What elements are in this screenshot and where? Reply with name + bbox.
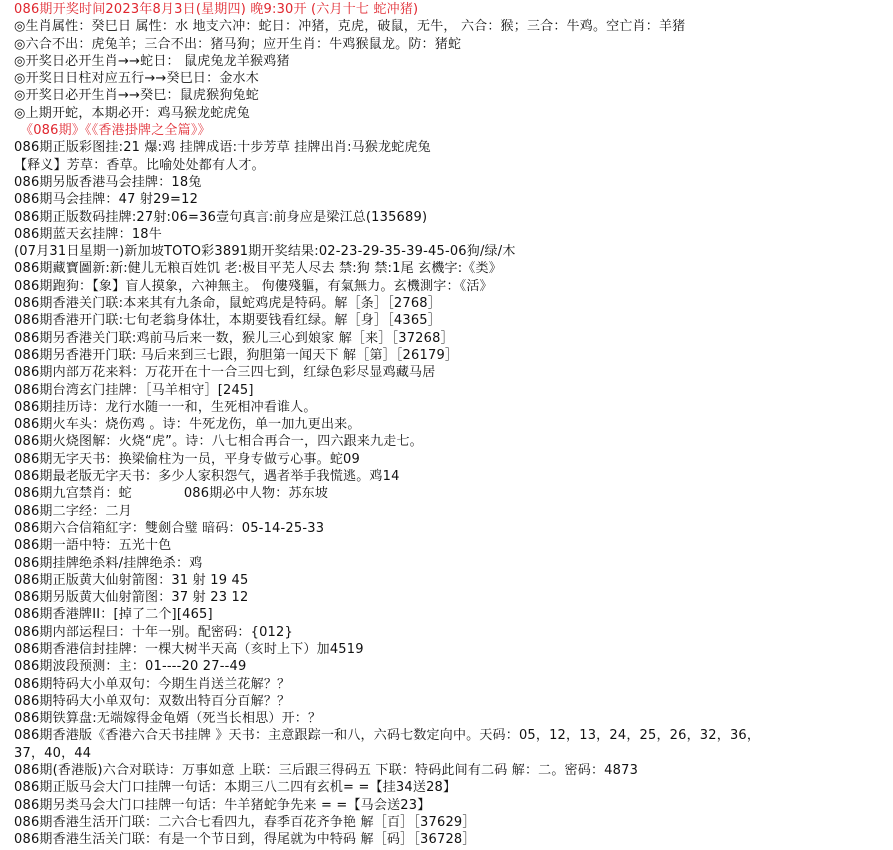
text-line: 【释义】芳草：香草。比喻处处都有人才。 bbox=[14, 157, 893, 174]
zodiac-attribute-line: ◎开奖日日柱对应五行→→癸巳日：金水木 bbox=[14, 70, 893, 87]
zodiac-attribute-line: ◎生肖属性：癸巳日 属性：水 地支六冲：蛇日：冲猪，克虎，破鼠，无牛， 六合：猴… bbox=[14, 18, 893, 35]
text-line: 086期另版黄大仙射箭图：37 射 23 12 bbox=[14, 589, 893, 606]
text-line: 086期另香港关门联:鸡前马后来一数，猴儿三心到娘家 解［来］［37268］ bbox=[14, 330, 893, 347]
text-line: 086期火烧图解：火烧“虎”。诗：八七相合再合一，四六跟来九走七。 bbox=[14, 433, 893, 450]
draw-time-heading: 086期开奖时间2023年8月3日(星期四) 晚9:30开 (六月十七 蛇冲猪) bbox=[14, 1, 893, 18]
text-line: 086期内部万花来料：万花开在十一合三四七到，红绿色彩尽显鸡藏马居 bbox=[14, 364, 893, 381]
text-line: 086期香港信封挂牌：一棵大树半天高（亥时上下）加4519 bbox=[14, 641, 893, 658]
text-line: 086期六合信箱紅字：雙劍合璧 暗码：05-14-25-33 bbox=[14, 520, 893, 537]
document-page: 086期开奖时间2023年8月3日(星期四) 晚9:30开 (六月十七 蛇冲猪)… bbox=[0, 0, 893, 849]
text-line: 086期(香港版)六合对联诗：万事如意 上联：三后跟三得码五 下联：特码此间有二… bbox=[14, 762, 893, 779]
text-line: 086期无字天书：换梁偷柱为一员，平身专做亏心事。蛇09 bbox=[14, 451, 893, 468]
text-line: 086期马会挂牌：47 射29=12 bbox=[14, 191, 893, 208]
forbidden-zodiac-text: 086期九宫禁肖：蛇 bbox=[14, 486, 132, 501]
text-line: 086期正版马会大门口挂牌一句话：本期三八二四有玄机= =【挂34送28】 bbox=[14, 779, 893, 796]
text-line: 086期香港版《香港六合天书挂牌 》天书：主意跟踪一和八，六码七数定向中。天码：… bbox=[14, 727, 893, 744]
text-line: 086期正版数码挂牌:27射:06=36壹句真言:前身应是梁江总(135689) bbox=[14, 209, 893, 226]
text-line: 086期香港生活开门联：二六合七看四九，春季百花齐争艳 解［百］［37629］ bbox=[14, 814, 893, 831]
text-line: 086期铁算盘:无端嫁得金龟婿（死当长相思）开：？ bbox=[14, 710, 893, 727]
zodiac-attribute-line: ◎上期开蛇，本期必开：鸡马猴龙蛇虎兔 bbox=[14, 105, 893, 122]
text-line: 086期特码大小单双句：双数出特百分百解？？ bbox=[14, 693, 893, 710]
text-line: 086期另类马会大门口挂牌一句话：牛羊猪蛇争先来 = =【马会送23】 bbox=[14, 797, 893, 814]
text-line: 086期香港开门联:七旬老翁身体壮，本期要钱看红绿。解［身］［4365］ bbox=[14, 312, 893, 329]
text-line: 086期波段预测：主：01----20 27--49 bbox=[14, 658, 893, 675]
text-line: 086期火车头：烧伤鸡 。诗：牛死龙伤，单一加九更出来。 bbox=[14, 416, 893, 433]
text-line: 37，40，44 bbox=[14, 745, 893, 762]
text-line: 086期蓝天玄挂牌：18牛 bbox=[14, 226, 893, 243]
text-line: 086期正版黄大仙射箭图：31 射 19 45 bbox=[14, 572, 893, 589]
text-line: 086期香港生活关门联：有是一个节日到，得尾就为中特码 解［码］［36728］ bbox=[14, 831, 893, 848]
key-person-text: 086期必中人物：苏东坡 bbox=[184, 486, 328, 501]
text-line: 086期正版彩图挂:21 爆:鸡 挂牌成语:十步芳草 挂牌出肖:马猴龙蛇虎兔 bbox=[14, 139, 893, 156]
text-line: 086期挂历诗：龙行水随一一和，生死相冲看谁人。 bbox=[14, 399, 893, 416]
text-line: 086期香港牌II：[掉了二个][465] bbox=[14, 606, 893, 623]
text-line: 086期内部运程曰：十年一别。配密码：{012} bbox=[14, 624, 893, 641]
text-line: 086期香港关门联:本来其有九条命，鼠蛇鸡虎是特码。解［条］［2768］ bbox=[14, 295, 893, 312]
text-line: 086期藏寶圖新:新:健儿无粮百姓饥 老:极目平芜人尽去 禁:狗 禁:1尾 玄機… bbox=[14, 260, 893, 277]
text-line-split: 086期九宫禁肖：蛇086期必中人物：苏东坡 bbox=[14, 485, 893, 502]
text-line: 086期挂牌绝杀料/挂牌绝杀：鸡 bbox=[14, 555, 893, 572]
zodiac-attribute-line: ◎六合不出：虎兔羊；三合不出：猪马狗；应开生肖：牛鸡猴鼠龙。防：猪蛇 bbox=[14, 36, 893, 53]
text-line: 086期另香港开门联: 马后来到三七跟，狗胆第一闻天下 解［第］［26179］ bbox=[14, 347, 893, 364]
text-line: 086期最老版无字天书：多少人家积怨气，遇者举手我慌逃。鸡14 bbox=[14, 468, 893, 485]
text-line: 086期特码大小单双句：今期生肖送兰花解？？ bbox=[14, 676, 893, 693]
zodiac-attribute-line: ◎开奖日必开生肖→→癸巳：鼠虎猴狗兔蛇 bbox=[14, 87, 893, 104]
text-line: 086期跑狗：【象】盲人摸象，六神無主。 佝僂殘軀，有氣無力。玄機測字：《活》 bbox=[14, 278, 893, 295]
text-line: 086期另版香港马会挂牌：18兔 bbox=[14, 174, 893, 191]
text-line: (07月31日星期一)新加坡TOTO彩3891期开奖结果:02-23-29-35… bbox=[14, 243, 893, 260]
text-line: 086期台湾玄门挂牌：［马羊相守］[245] bbox=[14, 382, 893, 399]
text-line: 086期二字经：二月 bbox=[14, 503, 893, 520]
text-line: 086期一語中特：五光十色 bbox=[14, 537, 893, 554]
zodiac-attribute-line: ◎开奖日必开生肖→→蛇日： 鼠虎兔龙羊猴鸡猪 bbox=[14, 53, 893, 70]
section-title: 《086期》《《香港掛牌之全篇》》 bbox=[14, 122, 893, 139]
